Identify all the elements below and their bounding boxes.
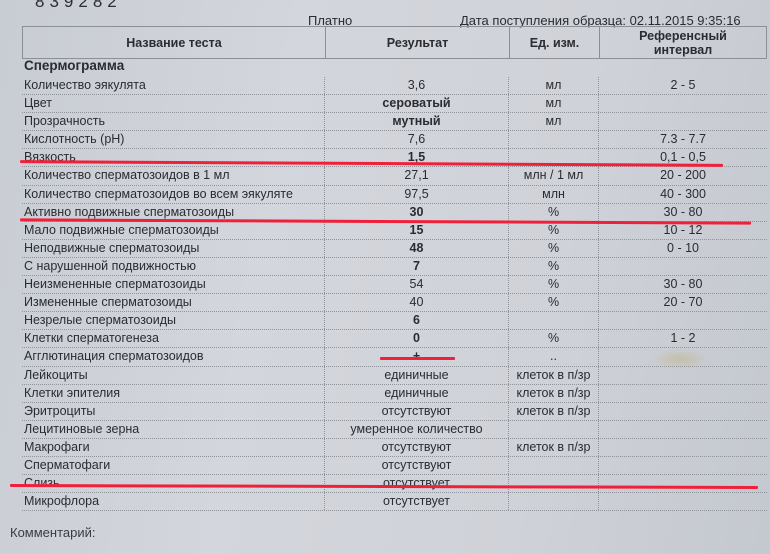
cell-result: 3,6 [325,77,509,94]
cell-test-name: Прозрачность [22,113,325,130]
cell-unit [509,421,599,438]
cell-result: отсутствуют [325,439,509,456]
cell-result: сероватый [325,95,509,112]
cell-reference: 2 - 5 [599,77,767,94]
cell-test-name: Клетки эпителия [22,385,325,402]
cell-unit: клеток в п/зр [509,403,599,420]
cell-test-name: Неизмененные сперматозоиды [22,276,325,293]
cell-result: отсутствуют [325,457,509,474]
cell-result: умеренное количество [325,421,509,438]
cell-result: 0 [325,330,509,347]
table-row: Лецитиновые зернаумеренное количество [22,421,767,439]
comment-label: Комментарий: [10,525,96,540]
cell-reference [599,421,767,438]
cell-reference [599,457,767,474]
cell-test-name: Измененные сперматозоиды [22,294,325,311]
cell-unit: % [509,222,599,239]
table-row: Эритроцитыотсутствуютклеток в п/зр [22,403,767,421]
cell-result: отсутствуют [325,403,509,420]
cell-test-name: Микрофлора [22,493,325,510]
cell-result: отсутствует [325,475,509,492]
cell-reference [599,95,767,112]
cell-result: единичные [325,367,509,384]
table-row: Количество сперматозоидов во всем эякуля… [22,186,767,204]
section-title: Спермограмма [24,58,124,73]
table-row: Клетки сперматогенеза0%1 - 2 [22,330,767,348]
cell-result: 40 [325,294,509,311]
header-reference-label: Референсный интервал [633,29,733,57]
cell-test-name: Количество сперматозоидов в 1 мл [22,167,325,184]
cell-unit: % [509,276,599,293]
cell-unit: мл [509,95,599,112]
cell-unit: % [509,330,599,347]
results-table: Количество эякулята3,6мл2 - 5Цветсероват… [22,77,767,511]
cell-reference: 30 - 80 [599,276,767,293]
cell-reference: 1 - 2 [599,330,767,347]
cell-unit: % [509,294,599,311]
cell-result: отсутствует [325,493,509,510]
cell-reference: 20 - 200 [599,167,767,184]
cell-result: 27,1 [325,167,509,184]
table-row: Лейкоцитыединичныеклеток в п/зр [22,367,767,385]
cell-test-name: Цвет [22,95,325,112]
header-unit: Ед. изм. [510,27,600,58]
cell-reference [599,439,767,456]
table-row: С нарушенной подвижностью7% [22,258,767,276]
cell-unit: .. [509,348,599,365]
cell-test-name: С нарушенной подвижностью [22,258,325,275]
cell-test-name: Мало подвижные сперматозоиды [22,222,325,239]
table-row: Сперматофагиотсутствуют [22,457,767,475]
cell-unit: % [509,240,599,257]
cell-test-name: Макрофаги [22,439,325,456]
cell-reference: 40 - 300 [599,186,767,203]
table-row: Мало подвижные сперматозоиды15%10 - 12 [22,222,767,240]
cell-result: мутный [325,113,509,130]
cell-reference [599,258,767,275]
cell-result: 7 [325,258,509,275]
cell-unit [509,457,599,474]
cell-test-name: Сперматофаги [22,457,325,474]
cell-result: 97,5 [325,186,509,203]
cell-result: 6 [325,312,509,329]
cell-result: 15 [325,222,509,239]
cell-unit: % [509,204,599,221]
cell-test-name: Неподвижные сперматозоиды [22,240,325,257]
cell-result: 7,6 [325,131,509,148]
cell-test-name: Незрелые сперматозоиды [22,312,325,329]
red-underline-agglutination [380,357,455,360]
cell-test-name: Лейкоциты [22,367,325,384]
table-row: Количество эякулята3,6мл2 - 5 [22,77,767,95]
cell-test-name: Лецитиновые зерна [22,421,325,438]
order-number: 839282 [35,0,122,12]
paper-stain [650,348,710,370]
table-row: Прозрачностьмутныймл [22,113,767,131]
cell-reference [599,385,767,402]
table-row: Неизмененные сперматозоиды54%30 - 80 [22,276,767,294]
cell-reference: 30 - 80 [599,204,767,221]
cell-reference [599,312,767,329]
table-row: Неподвижные сперматозоиды48%0 - 10 [22,240,767,258]
cell-test-name: Клетки сперматогенеза [22,330,325,347]
header-reference: Референсный интервал [600,27,766,58]
table-row: Количество сперматозоидов в 1 мл27,1млн … [22,167,767,185]
cell-reference [599,493,767,510]
cell-unit [509,312,599,329]
cell-reference [599,113,767,130]
cell-result: 30 [325,204,509,221]
table-row: Цветсероватыймл [22,95,767,113]
table-header: Название теста Результат Ед. изм. Рефере… [22,26,767,59]
cell-reference [599,475,767,492]
cell-result: 48 [325,240,509,257]
table-row: Измененные сперматозоиды40%20 - 70 [22,294,767,312]
table-row: Макрофагиотсутствуютклеток в п/зр [22,439,767,457]
cell-unit: клеток в п/зр [509,385,599,402]
cell-unit: мл [509,77,599,94]
cell-test-name: Кислотность (pH) [22,131,325,148]
cell-unit: млн / 1 мл [509,167,599,184]
cell-unit [509,131,599,148]
table-row: Незрелые сперматозоиды6 [22,312,767,330]
cell-unit: млн [509,186,599,203]
cell-test-name: Эритроциты [22,403,325,420]
table-row: Кислотность (pH)7,67.3 - 7.7 [22,131,767,149]
cell-reference: 20 - 70 [599,294,767,311]
cell-unit [509,475,599,492]
cell-reference: 7.3 - 7.7 [599,131,767,148]
cell-unit: % [509,258,599,275]
cell-test-name: Количество сперматозоидов во всем эякуля… [22,186,325,203]
cell-unit: клеток в п/зр [509,439,599,456]
cell-reference: 0 - 10 [599,240,767,257]
cell-unit: клеток в п/зр [509,367,599,384]
header-result: Результат [326,27,510,58]
table-row: Микрофлораотсутствует [22,493,767,511]
table-row: Клетки эпителияединичныеклеток в п/зр [22,385,767,403]
cell-test-name: Агглютинация сперматозоидов [22,348,325,365]
cell-result: 54 [325,276,509,293]
cell-unit [509,493,599,510]
cell-reference [599,403,767,420]
cell-test-name: Количество эякулята [22,77,325,94]
header-test-name: Название теста [23,27,326,58]
cell-unit: мл [509,113,599,130]
cell-result: единичные [325,385,509,402]
